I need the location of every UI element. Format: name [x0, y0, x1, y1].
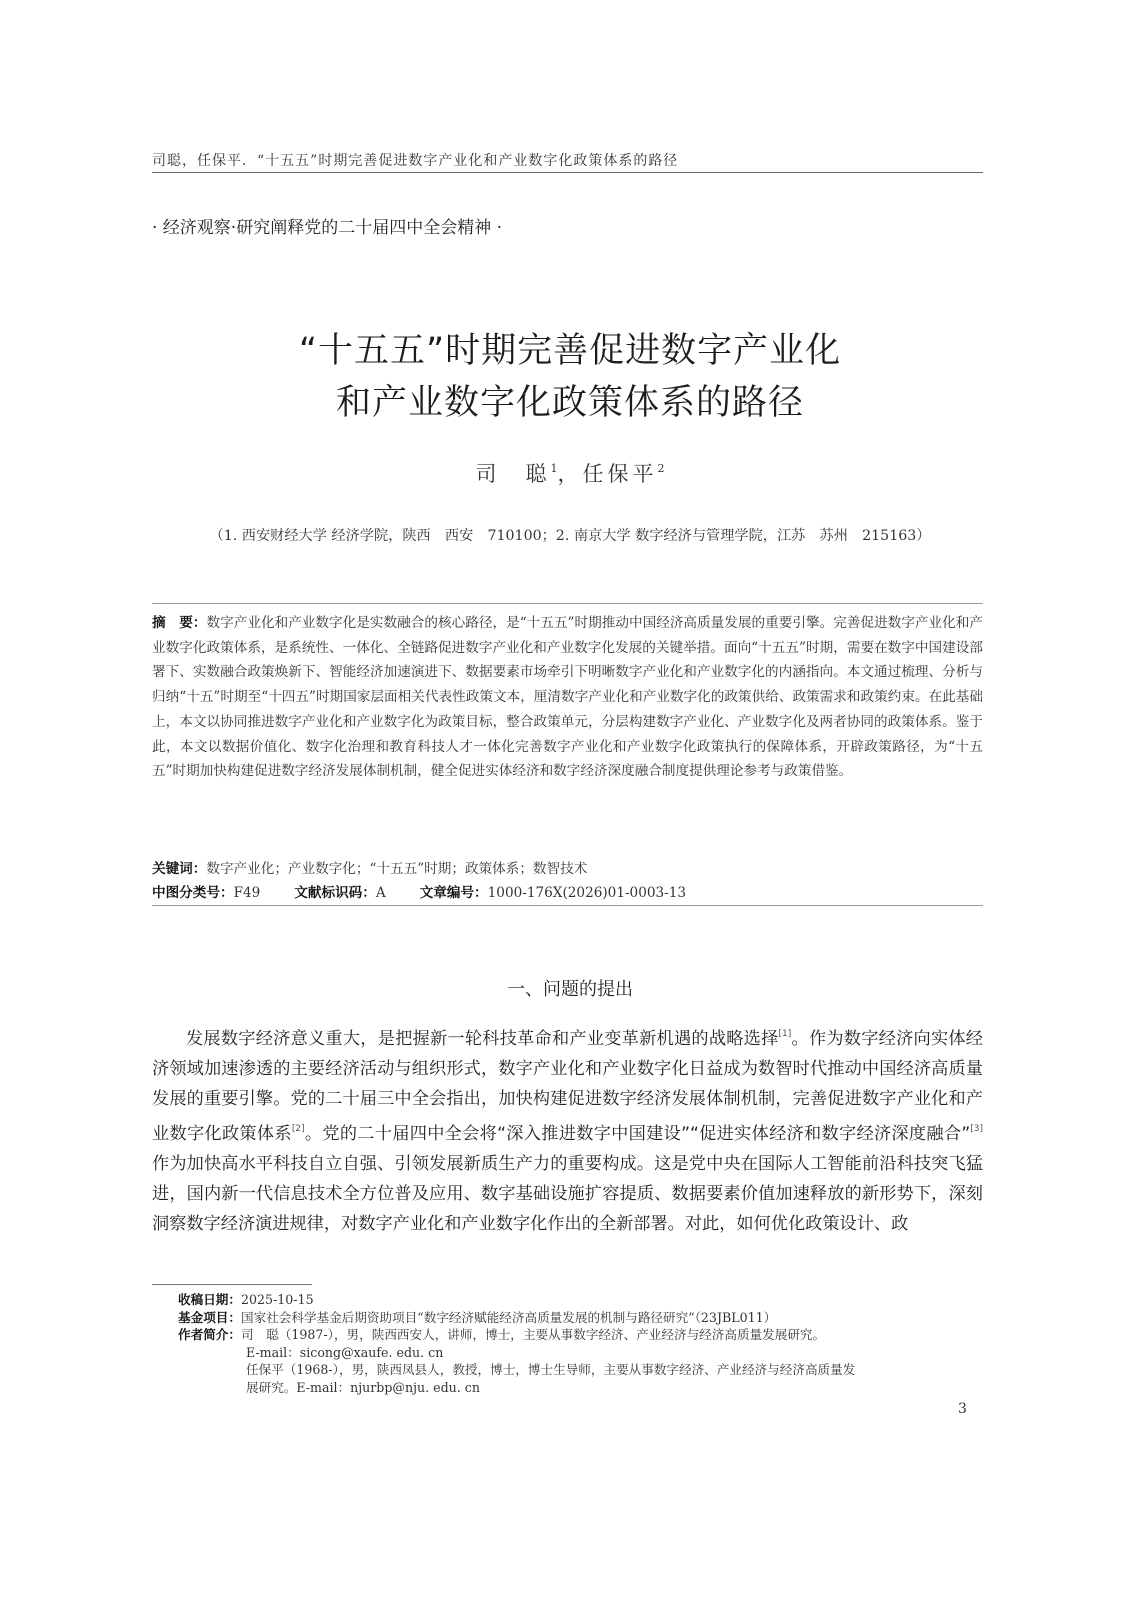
affiliations: （1. 西安财经大学 经济学院，陕西 西安 710100；2. 南京大学 数字经… — [0, 525, 1140, 545]
author-affil-sup: 1 — [551, 462, 558, 475]
running-head: 司聪，任保平．“十五五”时期完善促进数字产业化和产业数字化政策体系的路径 — [152, 150, 678, 170]
received-label: 收稿日期： — [178, 1291, 241, 1309]
keywords-text: 数字产业化；产业数字化；“十五五”时期；政策体系；数智技术 — [206, 861, 587, 877]
received-value: 2025-10-15 — [241, 1291, 314, 1309]
body-text-segment: 作为加快高水平科技自立自强、引领发展新质生产力的重要构成。这是党中央在国际人工智… — [152, 1154, 983, 1234]
footnotes: 收稿日期：2025-10-15 基金项目：国家社会科学基金后期资助项目“数字经济… — [178, 1291, 983, 1396]
author-affil-sup: 2 — [658, 462, 665, 475]
doc-code-label: 文献标识码： — [294, 885, 376, 901]
clc-label: 中图分类号： — [152, 885, 234, 901]
column-tag: · 经济观察·研究阐释党的二十届四中全会精神 · — [152, 213, 502, 238]
abstract-bottom-rule — [152, 905, 983, 906]
footnote-fund: 基金项目：国家社会科学基金后期资助项目“数字经济赋能经济高质量发展的机制与路径研… — [178, 1309, 983, 1327]
author1-bio: 司 聪（1987-），男，陕西西安人，讲师，博士，主要从事数字经济、产业经济与经… — [241, 1326, 825, 1344]
title-line-2: 和产业数字化政策体系的路径 — [0, 377, 1140, 429]
author-name: 任保平 — [583, 462, 658, 486]
footnote-received: 收稿日期：2025-10-15 — [178, 1291, 983, 1309]
footnote-authors: 作者简介：司 聪（1987-），男，陕西西安人，讲师，博士，主要从事数字经济、产… — [178, 1326, 983, 1344]
author-name: 司 聪 — [476, 462, 551, 486]
title-line-1: “十五五”时期完善促进数字产业化 — [0, 325, 1140, 377]
body-text-segment: 。党的二十届四中全会将“深入推进数字中国建设”“促进实体经济和数字经济深度融合” — [305, 1124, 971, 1144]
article-no-value: 1000-176X(2026)01-0003-13 — [488, 885, 686, 901]
author-separator: ， — [558, 462, 583, 486]
keywords-label: 关键词： — [152, 861, 206, 877]
abstract-label: 摘 要： — [152, 615, 206, 631]
citation-ref[interactable]: [3] — [970, 1124, 983, 1134]
author2-bio-line2: 展研究。E-mail：njurbp@nju. edu. cn — [178, 1379, 983, 1397]
abstract: 摘 要：数字产业化和产业数字化是实数融合的核心路径，是“十五五”时期推动中国经济… — [152, 611, 983, 784]
author-list: 司 聪1，任保平2 — [0, 458, 1140, 488]
doc-code-value: A — [376, 885, 386, 901]
citation-ref[interactable]: [1] — [779, 1029, 792, 1039]
footnote-rule — [152, 1284, 312, 1285]
authors-bio-label: 作者简介： — [178, 1326, 241, 1344]
fund-label: 基金项目： — [178, 1309, 241, 1327]
paper-title: “十五五”时期完善促进数字产业化 和产业数字化政策体系的路径 — [0, 325, 1140, 429]
fund-value: 国家社会科学基金后期资助项目“数字经济赋能经济高质量发展的机制与路径研究”（23… — [241, 1309, 776, 1327]
keywords: 关键词：数字产业化；产业数字化；“十五五”时期；政策体系；数智技术 — [152, 857, 587, 877]
body-paragraph: 发展数字经济意义重大，是把握新一轮科技革命和产业变革新机遇的战略选择[1]。作为… — [152, 1019, 983, 1239]
abstract-text: 数字产业化和产业数字化是实数融合的核心路径，是“十五五”时期推动中国经济高质量发… — [152, 615, 983, 779]
abstract-top-rule — [152, 603, 983, 604]
classification-line: 中图分类号：F49文献标识码：A文章编号：1000-176X(2026)01-0… — [152, 881, 686, 901]
page-number: 3 — [958, 1401, 967, 1417]
author1-email: E-mail：sicong@xaufe. edu. cn — [178, 1344, 983, 1362]
clc-value: F49 — [234, 885, 261, 901]
section-heading: 一、问题的提出 — [0, 975, 1140, 1001]
body-text-segment: 发展数字经济意义重大，是把握新一轮科技革命和产业变革新机遇的战略选择 — [186, 1029, 779, 1049]
author2-bio-line1: 任保平（1968-），男，陕西凤县人，教授，博士，博士生导师，主要从事数字经济、… — [178, 1361, 983, 1379]
article-no-label: 文章编号： — [420, 885, 488, 901]
header-rule — [152, 172, 983, 173]
citation-ref[interactable]: [2] — [292, 1124, 305, 1134]
